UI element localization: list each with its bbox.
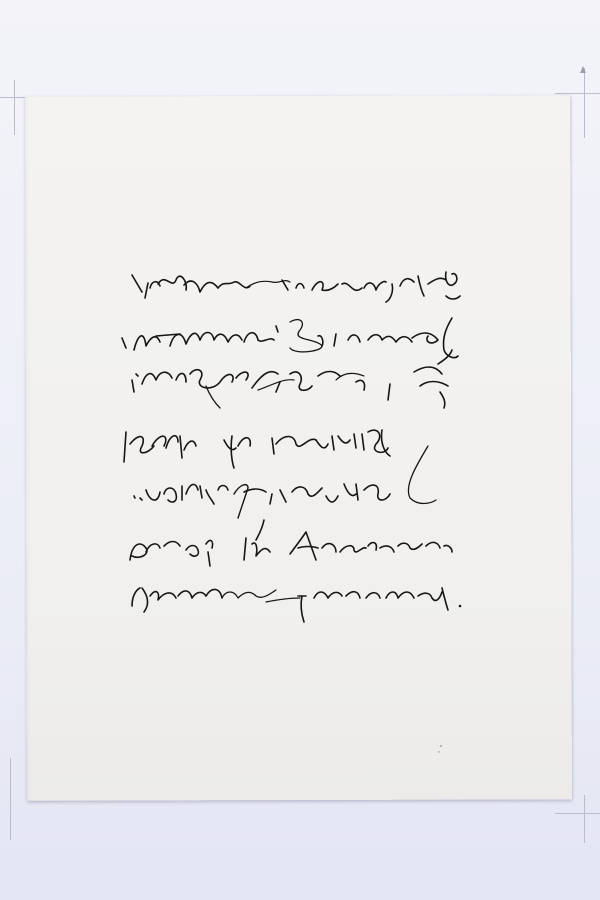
calligraphy-line-1 (132, 272, 460, 302)
calligraphy-line-6 (130, 520, 452, 566)
calligraphy-line-4 (124, 430, 390, 468)
calligraphy-line-3 (132, 350, 452, 408)
calligraphy-line-2 (122, 318, 458, 358)
asemic-calligraphy (0, 0, 600, 900)
paper-speck (438, 751, 439, 752)
calligraphy-line-5 (134, 446, 436, 518)
paper-speck (440, 745, 442, 747)
calligraphy-line-7 (132, 588, 461, 622)
